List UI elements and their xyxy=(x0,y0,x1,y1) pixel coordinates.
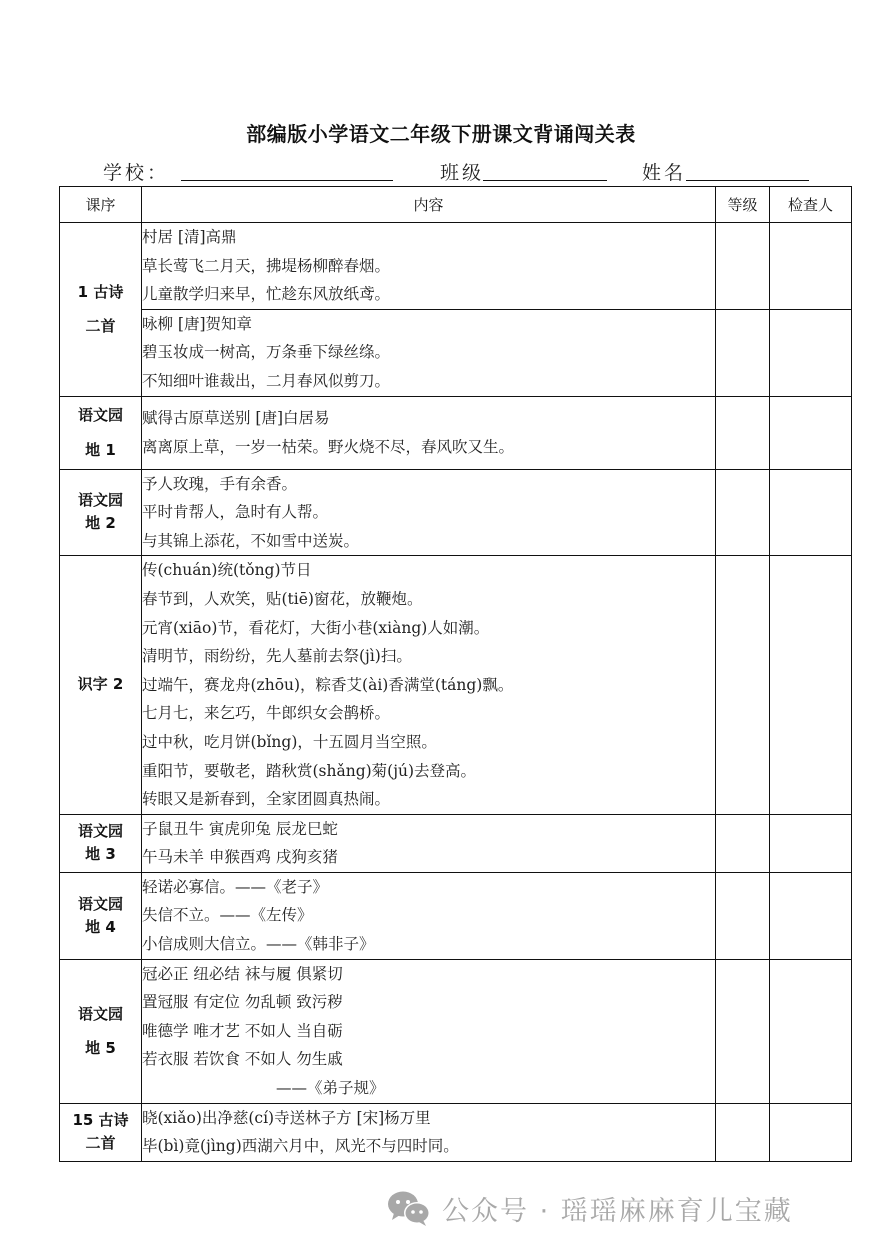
text-line: 予人玫瑰，手有余香。 xyxy=(142,470,715,499)
content-cell: 赋得古原草送别 [唐]白居易 离离原上草，一岁一枯荣。野火烧不尽，春风吹又生。 xyxy=(142,396,716,469)
lesson-cell: 语文园 地 4 xyxy=(60,872,142,959)
checker-cell[interactable] xyxy=(770,959,852,1103)
wechat-icon xyxy=(386,1189,432,1227)
lesson-cell: 语文园 地 1 xyxy=(60,396,142,469)
checker-cell[interactable] xyxy=(770,396,852,469)
header-checker: 检查人 xyxy=(770,187,852,223)
grade-cell[interactable] xyxy=(716,959,770,1103)
text-line: 碧玉妆成一树高，万条垂下绿丝绦。 xyxy=(142,338,715,367)
content-cell: 子鼠丑牛 寅虎卯兔 辰龙巳蛇 午马未羊 申猴酉鸡 戌狗亥猪 xyxy=(142,814,716,872)
header-grade: 等级 xyxy=(716,187,770,223)
text-line: 平时肯帮人，急时有人帮。 xyxy=(142,498,715,527)
content-cell: 传(chuán)统(tǒng)节日 春节到，人欢笑，贴(tiē)窗花，放鞭炮。 … xyxy=(142,556,716,814)
school-field[interactable] xyxy=(181,180,393,181)
recitation-checklist-table: 课序 内容 等级 检查人 1 古诗 二首 村居 [清]高鼎 草长莺飞二月天，拂堤… xyxy=(59,186,852,1162)
checker-cell[interactable] xyxy=(770,223,852,310)
lesson-label-line: 语文园 xyxy=(78,822,123,840)
text-line: 赋得古原草送别 [唐]白居易 xyxy=(142,404,715,433)
text-line: 若衣服 若饮食 不如人 勿生戚 xyxy=(142,1045,715,1074)
lesson-label-line: 地 3 xyxy=(85,845,116,863)
table-row: 语文园 地 4 轻诺必寡信。——《老子》 失信不立。——《左传》 小信成则大信立… xyxy=(60,872,852,959)
class-field[interactable] xyxy=(483,180,607,181)
text-line: 毕(bì)竟(jìng)西湖六月中，风光不与四时同。 xyxy=(142,1132,715,1161)
text-line: 过端午，赛龙舟(zhōu)，粽香艾(ài)香满堂(táng)飘。 xyxy=(142,671,715,700)
checker-cell[interactable] xyxy=(770,872,852,959)
checker-cell[interactable] xyxy=(770,1103,852,1161)
text-line: 传(chuán)统(tǒng)节日 xyxy=(142,556,715,585)
table-header-row: 课序 内容 等级 检查人 xyxy=(60,187,852,223)
lesson-label-line: 二首 xyxy=(85,317,115,335)
table-row: 语文园 地 1 赋得古原草送别 [唐]白居易 离离原上草，一岁一枯荣。野火烧不尽… xyxy=(60,396,852,469)
grade-cell[interactable] xyxy=(716,396,770,469)
grade-cell[interactable] xyxy=(716,223,770,310)
text-line: 小信成则大信立。——《韩非子》 xyxy=(142,930,715,959)
content-cell: 村居 [清]高鼎 草长莺飞二月天，拂堤杨柳醉春烟。 儿童散学归来早，忙趁东风放纸… xyxy=(142,223,716,310)
watermark: 公众号 · 瑶瑶麻麻育儿宝藏 xyxy=(386,1188,793,1228)
text-line: 七月七，来乞巧，牛郎织女会鹊桥。 xyxy=(142,699,715,728)
lesson-label-line: 15 古诗 xyxy=(72,1111,128,1129)
lesson-cell: 语文园 地 2 xyxy=(60,469,142,556)
grade-cell[interactable] xyxy=(716,556,770,814)
name-label: 姓名 xyxy=(642,158,686,185)
content-cell: 予人玫瑰，手有余香。 平时肯帮人，急时有人帮。 与其锦上添花，不如雪中送炭。 xyxy=(142,469,716,556)
page-title: 部编版小学语文二年级下册课文背诵闯关表 xyxy=(0,118,882,147)
table-row: 15 古诗 二首 晓(xiǎo)出净慈(cí)寺送林子方 [宋]杨万里 毕(bì… xyxy=(60,1103,852,1161)
grade-cell[interactable] xyxy=(716,1103,770,1161)
text-line: 不知细叶谁裁出，二月春风似剪刀。 xyxy=(142,367,715,396)
text-line: 置冠服 有定位 勿乱顿 致污秽 xyxy=(142,988,715,1017)
header-lesson: 课序 xyxy=(60,187,142,223)
lesson-cell: 1 古诗 二首 xyxy=(60,223,142,397)
text-line: 草长莺飞二月天，拂堤杨柳醉春烟。 xyxy=(142,252,715,281)
text-line: 转眼又是新春到，全家团圆真热闹。 xyxy=(142,785,715,814)
grade-cell[interactable] xyxy=(716,872,770,959)
text-line: 村居 [清]高鼎 xyxy=(142,223,715,252)
class-label: 班级 xyxy=(440,158,484,185)
content-cell: 咏柳 [唐]贺知章 碧玉妆成一树高，万条垂下绿丝绦。 不知细叶谁裁出，二月春风似… xyxy=(142,309,716,396)
lesson-label-line: 语文园 xyxy=(78,406,123,424)
content-cell: 晓(xiǎo)出净慈(cí)寺送林子方 [宋]杨万里 毕(bì)竟(jìng)西… xyxy=(142,1103,716,1161)
grade-cell[interactable] xyxy=(716,309,770,396)
table-row: 识字 2 传(chuán)统(tǒng)节日 春节到，人欢笑，贴(tiē)窗花，… xyxy=(60,556,852,814)
school-label: 学校： xyxy=(103,158,169,185)
text-line-attribution: ——《弟子规》 xyxy=(142,1074,715,1103)
text-line: 与其锦上添花，不如雪中送炭。 xyxy=(142,527,715,556)
text-line: 离离原上草，一岁一枯荣。野火烧不尽，春风吹又生。 xyxy=(142,433,715,462)
text-line: 重阳节，要敬老，踏秋赏(shǎng)菊(jú)去登高。 xyxy=(142,757,715,786)
name-field[interactable] xyxy=(686,180,809,181)
lesson-label-line: 1 古诗 xyxy=(78,283,124,301)
lesson-label-line: 语文园 xyxy=(78,491,123,509)
text-line: 失信不立。——《左传》 xyxy=(142,901,715,930)
text-line: 轻诺必寡信。——《老子》 xyxy=(142,873,715,902)
lesson-label-line: 地 1 xyxy=(85,441,116,459)
lesson-cell: 语文园 地 3 xyxy=(60,814,142,872)
lesson-cell: 15 古诗 二首 xyxy=(60,1103,142,1161)
content-cell: 轻诺必寡信。——《老子》 失信不立。——《左传》 小信成则大信立。——《韩非子》 xyxy=(142,872,716,959)
text-line: 冠必正 纽必结 袜与履 俱紧切 xyxy=(142,960,715,989)
text-line: 儿童散学归来早，忙趁东风放纸鸢。 xyxy=(142,280,715,309)
checker-cell[interactable] xyxy=(770,309,852,396)
text-line: 春节到，人欢笑，贴(tiē)窗花，放鞭炮。 xyxy=(142,585,715,614)
text-line: 清明节，雨纷纷，先人墓前去祭(jì)扫。 xyxy=(142,642,715,671)
grade-cell[interactable] xyxy=(716,469,770,556)
lesson-label-line: 语文园 xyxy=(78,895,123,913)
text-line: 唯德学 唯才艺 不如人 当自砺 xyxy=(142,1017,715,1046)
table-row: 咏柳 [唐]贺知章 碧玉妆成一树高，万条垂下绿丝绦。 不知细叶谁裁出，二月春风似… xyxy=(60,309,852,396)
lesson-label-line: 二首 xyxy=(85,1134,115,1152)
lesson-cell: 识字 2 xyxy=(60,556,142,814)
text-line: 咏柳 [唐]贺知章 xyxy=(142,310,715,339)
checker-cell[interactable] xyxy=(770,469,852,556)
text-line: 晓(xiǎo)出净慈(cí)寺送林子方 [宋]杨万里 xyxy=(142,1104,715,1133)
header-content: 内容 xyxy=(142,187,716,223)
lesson-cell: 语文园 地 5 xyxy=(60,959,142,1103)
text-line: 子鼠丑牛 寅虎卯兔 辰龙巳蛇 xyxy=(142,815,715,844)
lesson-label-line: 地 4 xyxy=(85,918,116,936)
table-row: 语文园 地 2 予人玫瑰，手有余香。 平时肯帮人，急时有人帮。 与其锦上添花，不… xyxy=(60,469,852,556)
text-line: 午马未羊 申猴酉鸡 戌狗亥猪 xyxy=(142,843,715,872)
table-row: 1 古诗 二首 村居 [清]高鼎 草长莺飞二月天，拂堤杨柳醉春烟。 儿童散学归来… xyxy=(60,223,852,310)
text-line: 元宵(xiāo)节，看花灯，大街小巷(xiàng)人如潮。 xyxy=(142,614,715,643)
lesson-label-line: 识字 2 xyxy=(78,675,124,693)
watermark-text: 公众号 · 瑶瑶麻麻育儿宝藏 xyxy=(442,1189,793,1228)
lesson-label-line: 地 5 xyxy=(85,1039,116,1057)
table-row: 语文园 地 5 冠必正 纽必结 袜与履 俱紧切 置冠服 有定位 勿乱顿 致污秽 … xyxy=(60,959,852,1103)
table-row: 语文园 地 3 子鼠丑牛 寅虎卯兔 辰龙巳蛇 午马未羊 申猴酉鸡 戌狗亥猪 xyxy=(60,814,852,872)
text-line: 过中秋，吃月饼(bǐng)，十五圆月当空照。 xyxy=(142,728,715,757)
lesson-label-line: 地 2 xyxy=(85,514,116,532)
checker-cell[interactable] xyxy=(770,814,852,872)
grade-cell[interactable] xyxy=(716,814,770,872)
student-info-line: 学校： 班级 姓名 xyxy=(0,156,882,186)
content-cell: 冠必正 纽必结 袜与履 俱紧切 置冠服 有定位 勿乱顿 致污秽 唯德学 唯才艺 … xyxy=(142,959,716,1103)
checker-cell[interactable] xyxy=(770,556,852,814)
lesson-label-line: 语文园 xyxy=(78,1005,123,1023)
